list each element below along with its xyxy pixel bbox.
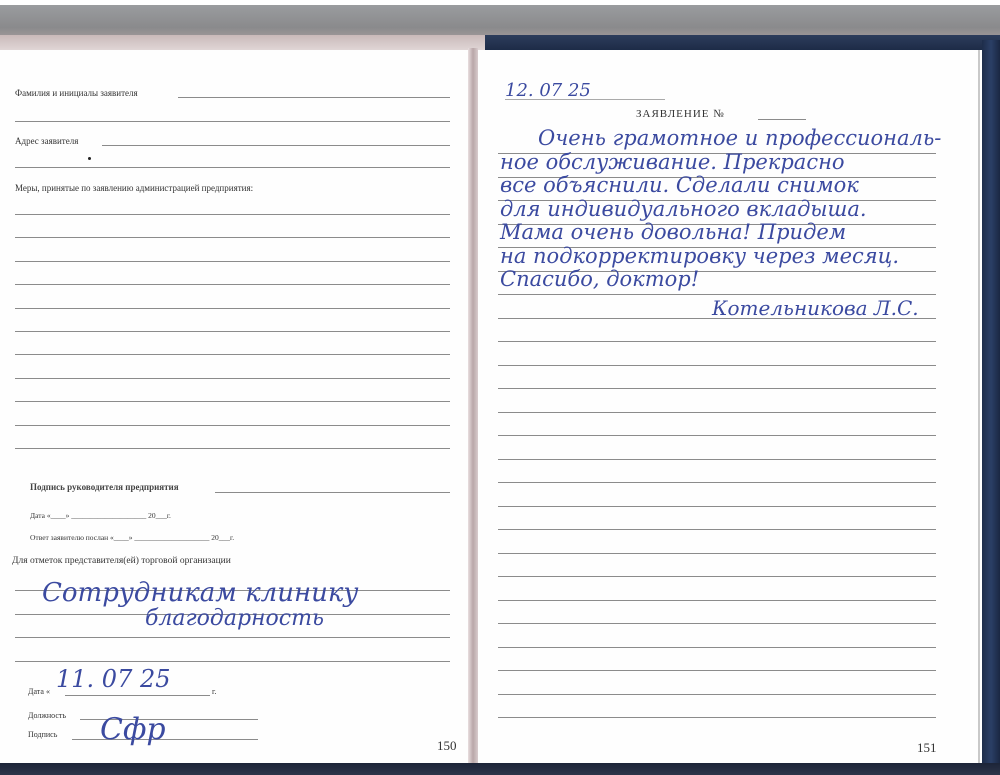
ruled-line (15, 237, 450, 238)
ruled-line (15, 214, 450, 215)
ruled-line (498, 670, 936, 671)
applicant-address-label: Адрес заявителя (15, 136, 78, 146)
statement-text-line: Спасибо, доктор! (500, 267, 699, 291)
ruled-line (498, 623, 936, 624)
statement-title: ЗАЯВЛЕНИЕ № (636, 108, 725, 120)
book-edge-left (0, 35, 485, 50)
scan-top-edge (0, 5, 1000, 50)
ruled-line (498, 459, 936, 460)
statement-text-line: на подкорректировку через месяц. (500, 244, 899, 268)
org-rep-line-3 (15, 637, 450, 638)
applicant-name-line-2 (15, 121, 450, 122)
org-rep-line-4 (15, 661, 450, 662)
ruled-line (15, 308, 450, 309)
applicant-address-line-2 (15, 167, 450, 168)
manager-signature-label: Подпись руководителя предприятия (30, 482, 179, 492)
scan-bottom-edge (0, 763, 1000, 775)
ruled-line (498, 506, 936, 507)
statement-date-line (505, 99, 665, 100)
ruled-line (498, 435, 936, 436)
org-rep-label: Для отметок представителя(ей) торговой о… (12, 556, 231, 566)
ruled-line (15, 425, 450, 426)
statement-text-line: для индивидуального вкладыша. (500, 197, 867, 221)
signature-handwritten: Сфр (100, 712, 166, 747)
ruled-line (15, 261, 450, 262)
position-label: Должность (28, 711, 66, 720)
ruled-line (498, 576, 936, 577)
page-number-left: 150 (437, 738, 457, 754)
book-spine (468, 48, 478, 765)
statement-text-line: все объяснили. Сделали снимок (500, 173, 859, 197)
statement-text-line: Мама очень довольна! Придем (500, 220, 846, 244)
ruled-line (498, 553, 936, 554)
ruled-line (15, 354, 450, 355)
ruled-line (498, 388, 936, 389)
ruled-line (498, 717, 936, 718)
review-date-line: Дата «____» ____________________ 20___г. (30, 511, 171, 520)
applicant-address-line (102, 145, 450, 146)
reply-sent-line: Ответ заявителю послан «____» __________… (30, 533, 234, 542)
applicant-name-line (178, 97, 450, 98)
statement-number-line (758, 119, 806, 120)
statement-text-line: Очень грамотное и профессиональ- (538, 126, 941, 150)
ink-dot (88, 157, 91, 160)
statement-date-handwritten: 12. 07 25 (505, 80, 591, 101)
ruled-line (15, 284, 450, 285)
ruled-line (498, 482, 936, 483)
measures-label: Меры, принятые по заявлению администраци… (15, 183, 253, 193)
ruled-line (498, 412, 936, 413)
signature-label: Подпись (28, 730, 57, 739)
date-label: Дата « (28, 687, 50, 696)
ruled-line (15, 448, 450, 449)
ruled-line (15, 331, 450, 332)
ruled-line (498, 694, 936, 695)
ruled-line (498, 647, 936, 648)
org-rep-handwritten-1: Сотрудникам клинику (42, 578, 358, 608)
ruled-line (498, 529, 936, 530)
org-rep-handwritten-2: благодарность (145, 606, 324, 631)
page-number-right: 151 (917, 740, 937, 756)
ruled-line (498, 341, 936, 342)
statement-text-line: ное обслуживание. Прекрасно (500, 150, 845, 174)
applicant-name-label: Фамилия и инициалы заявителя (15, 88, 138, 98)
date-handwritten: 11. 07 25 (56, 665, 171, 693)
ruled-line (15, 378, 450, 379)
manager-signature-line (215, 492, 450, 493)
date-suffix: г. (212, 687, 216, 696)
date-line (65, 695, 210, 696)
left-page (0, 50, 468, 763)
statement-signature: Котельникова Л.С. (712, 296, 919, 320)
ruled-line (498, 294, 936, 295)
ruled-line (498, 600, 936, 601)
book-cover-side (982, 40, 1000, 768)
ruled-line (498, 365, 936, 366)
ruled-line (15, 401, 450, 402)
book-cover-right (485, 35, 1000, 50)
